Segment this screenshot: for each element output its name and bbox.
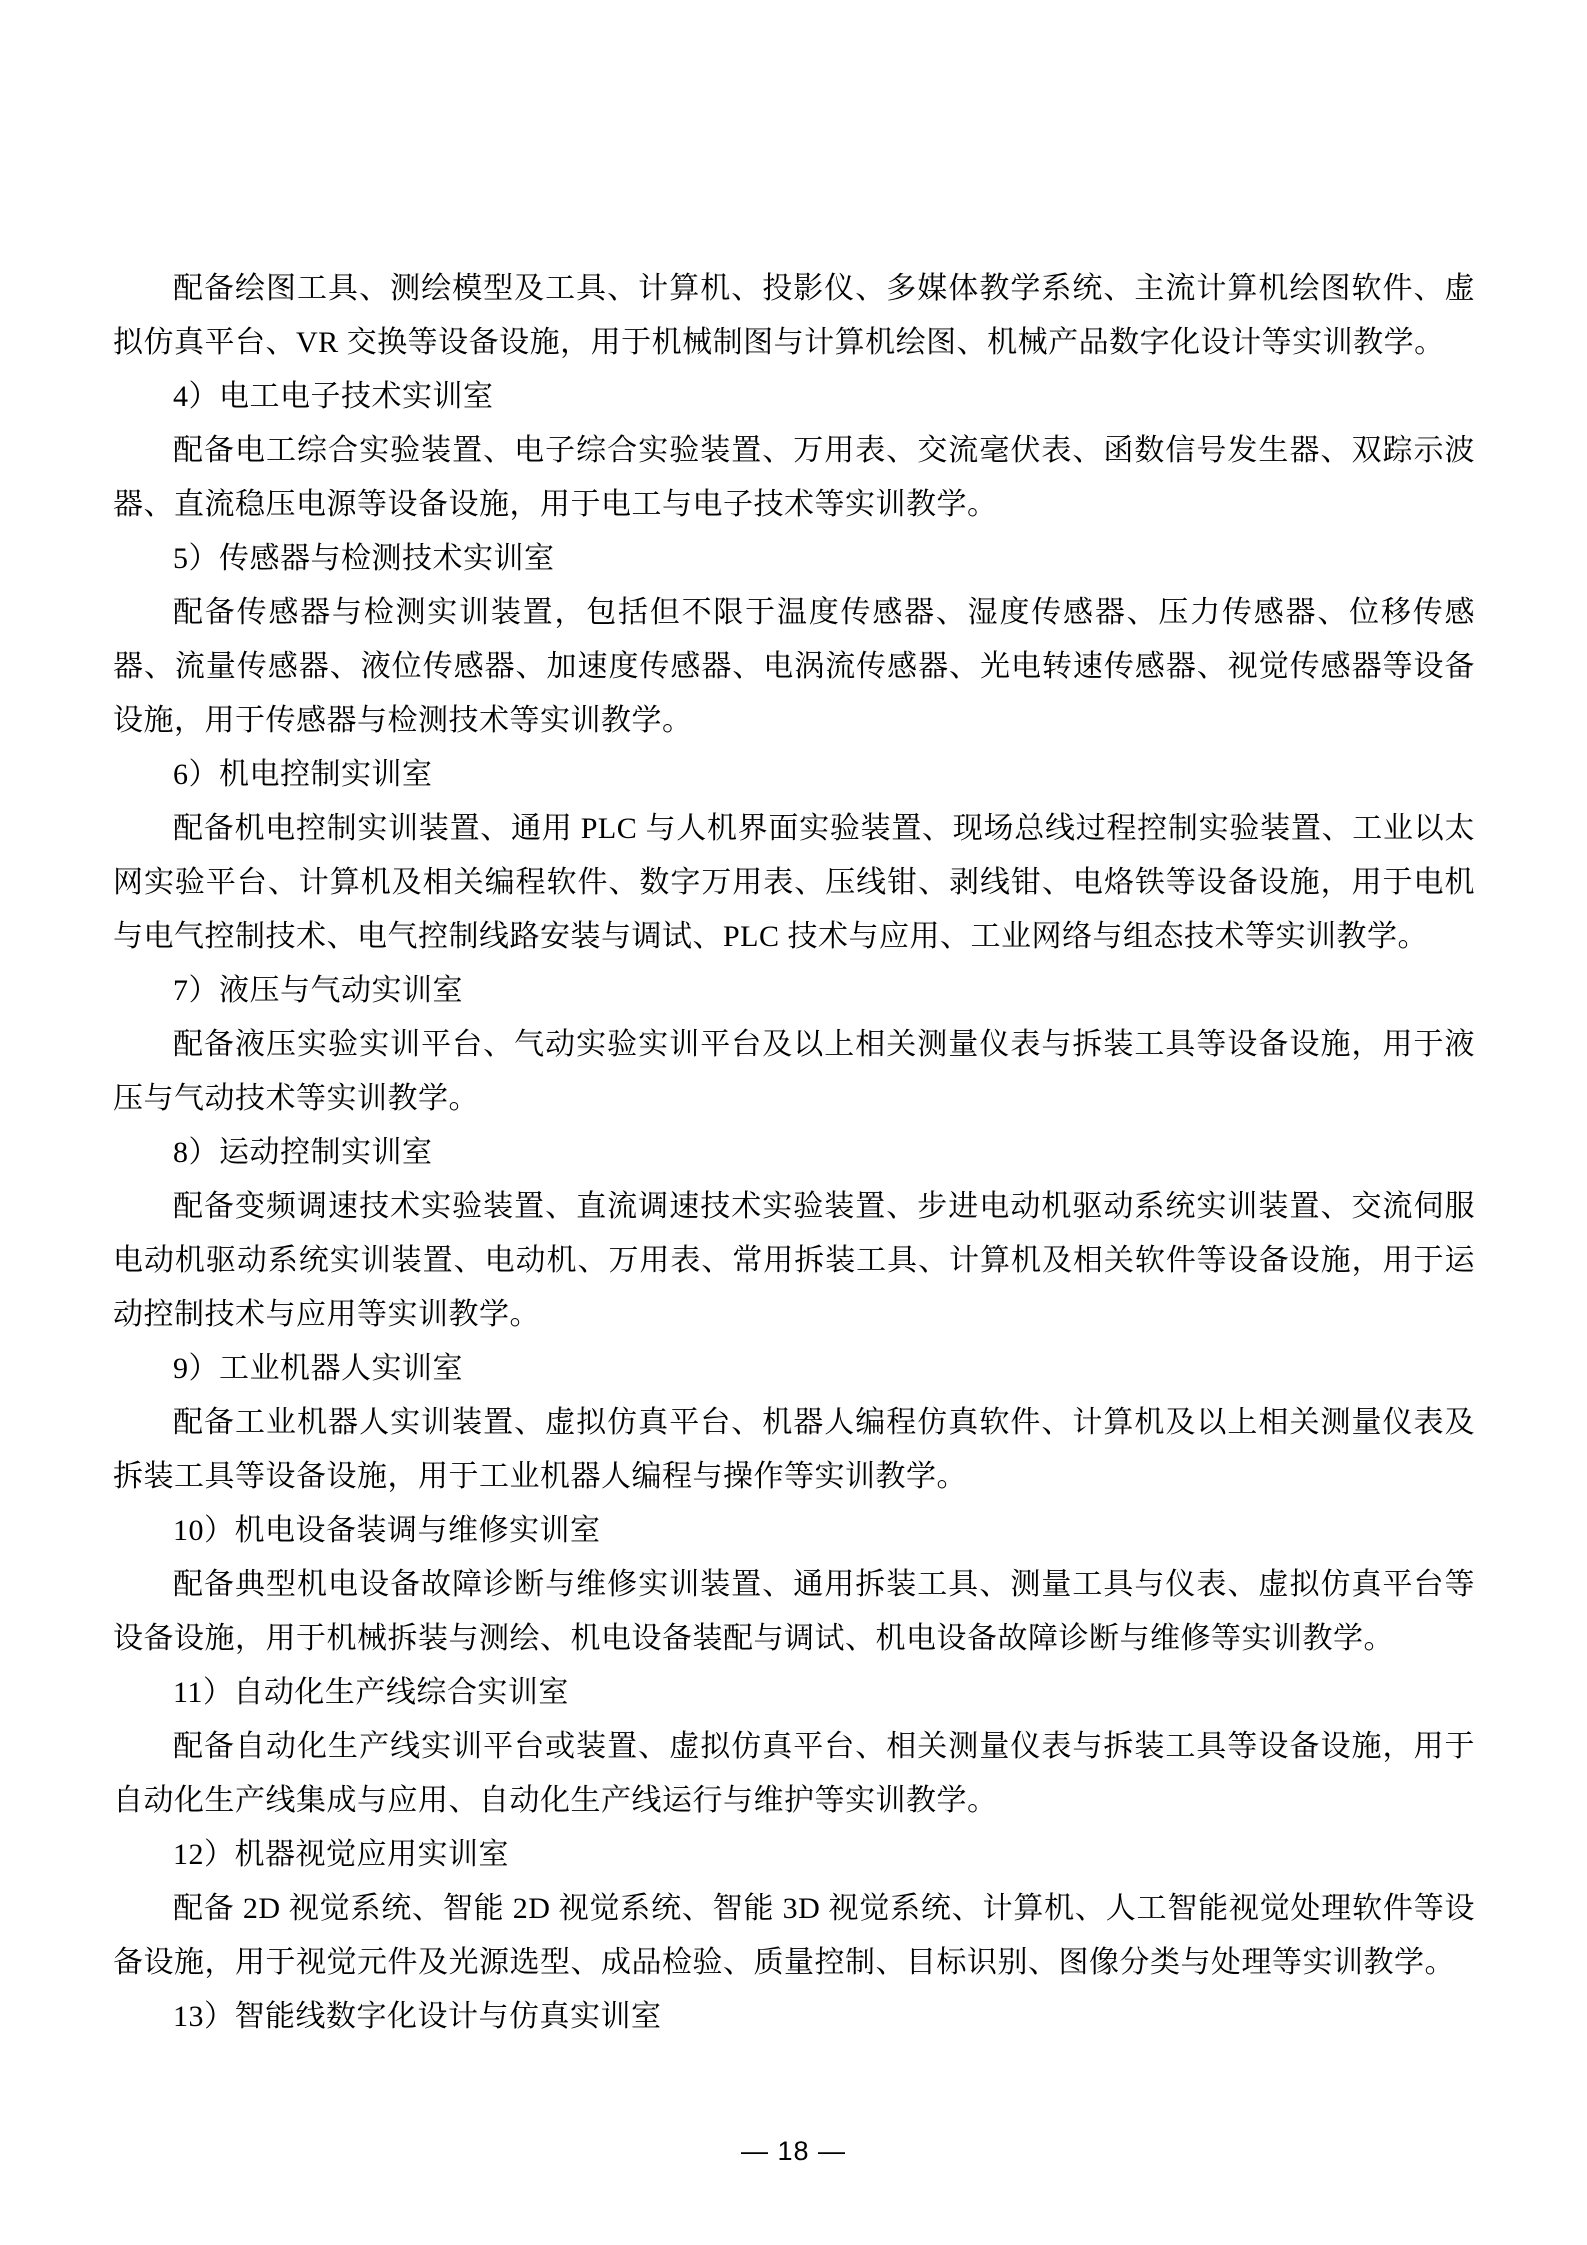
section-heading-11-automated-line: 11）自动化生产线综合实训室 bbox=[113, 1666, 1475, 1720]
section-heading-6-mechatronic-control: 6）机电控制实训室 bbox=[113, 748, 1475, 802]
section-heading-9-industrial-robot: 9）工业机器人实训室 bbox=[113, 1342, 1475, 1396]
document-body: 配备绘图工具、测绘模型及工具、计算机、投影仪、多媒体教学系统、主流计算机绘图软件… bbox=[113, 262, 1475, 2044]
paragraph-mechatronic-control: 配备机电控制实训装置、通用 PLC 与人机界面实验装置、现场总线过程控制实验装置… bbox=[113, 802, 1475, 964]
section-heading-13-digital-design-simulation: 13）智能线数字化设计与仿真实训室 bbox=[113, 1990, 1475, 2044]
document-page: 配备绘图工具、测绘模型及工具、计算机、投影仪、多媒体教学系统、主流计算机绘图软件… bbox=[0, 0, 1587, 2245]
paragraph-industrial-robot: 配备工业机器人实训装置、虚拟仿真平台、机器人编程仿真软件、计算机及以上相关测量仪… bbox=[113, 1396, 1475, 1504]
section-heading-4-electrical-electronics: 4）电工电子技术实训室 bbox=[113, 370, 1475, 424]
paragraph-hydraulic-pneumatic: 配备液压实验实训平台、气动实验实训平台及以上相关测量仪表与拆装工具等设备设施，用… bbox=[113, 1018, 1475, 1126]
paragraph-automated-line: 配备自动化生产线实训平台或装置、虚拟仿真平台、相关测量仪表与拆装工具等设备设施，… bbox=[113, 1720, 1475, 1828]
section-heading-7-hydraulic-pneumatic: 7）液压与气动实训室 bbox=[113, 964, 1475, 1018]
paragraph-machine-vision: 配备 2D 视觉系统、智能 2D 视觉系统、智能 3D 视觉系统、计算机、人工智… bbox=[113, 1882, 1475, 1990]
section-heading-5-sensor-detection: 5）传感器与检测技术实训室 bbox=[113, 532, 1475, 586]
paragraph-electrical-electronics: 配备电工综合实验装置、电子综合实验装置、万用表、交流毫伏表、函数信号发生器、双踪… bbox=[113, 424, 1475, 532]
paragraph-equipment-maintenance: 配备典型机电设备故障诊断与维修实训装置、通用拆装工具、测量工具与仪表、虚拟仿真平… bbox=[113, 1558, 1475, 1666]
paragraph-sensor-detection: 配备传感器与检测实训装置，包括但不限于温度传感器、湿度传感器、压力传感器、位移传… bbox=[113, 586, 1475, 748]
section-heading-8-motion-control: 8）运动控制实训室 bbox=[113, 1126, 1475, 1180]
paragraph-motion-control: 配备变频调速技术实验装置、直流调速技术实验装置、步进电动机驱动系统实训装置、交流… bbox=[113, 1180, 1475, 1342]
page-number: — 18 — bbox=[0, 2136, 1587, 2167]
paragraph-drawing-room-equipment: 配备绘图工具、测绘模型及工具、计算机、投影仪、多媒体教学系统、主流计算机绘图软件… bbox=[113, 262, 1475, 370]
section-heading-10-equipment-maintenance: 10）机电设备装调与维修实训室 bbox=[113, 1504, 1475, 1558]
section-heading-12-machine-vision: 12）机器视觉应用实训室 bbox=[113, 1828, 1475, 1882]
